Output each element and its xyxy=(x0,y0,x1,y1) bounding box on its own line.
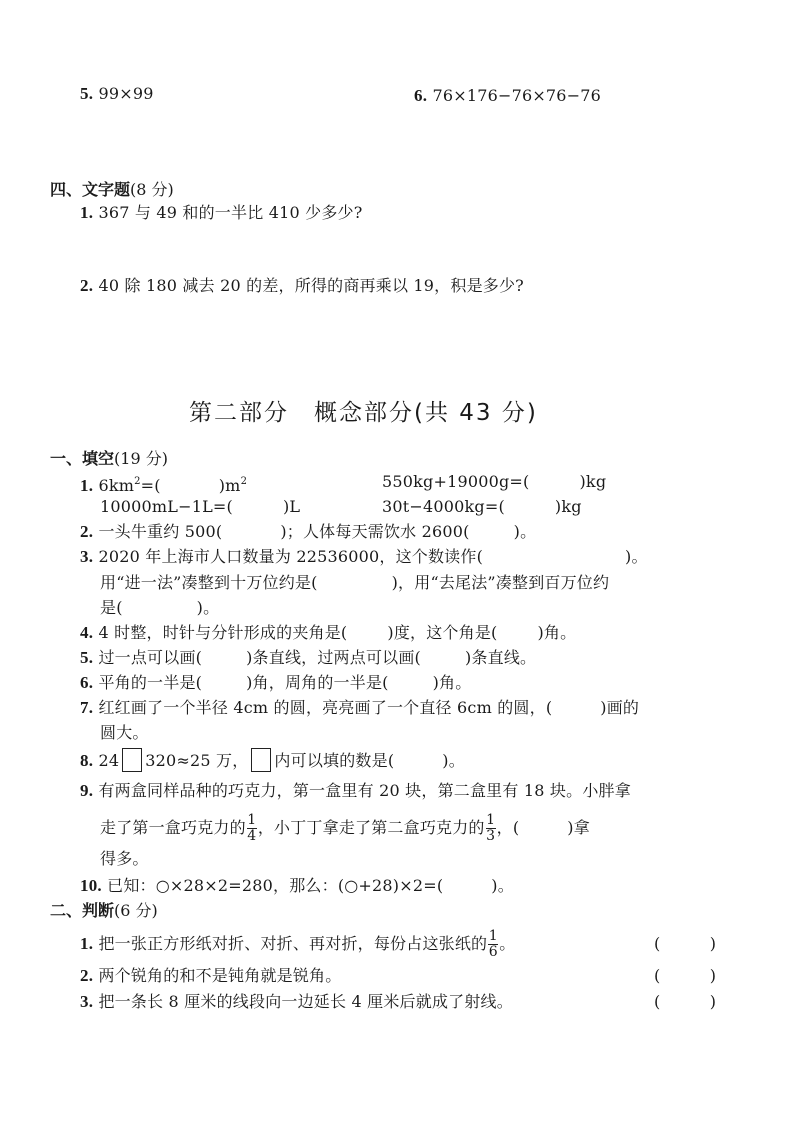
item-number: 1. xyxy=(80,203,93,222)
bracket-close: ) xyxy=(710,966,716,985)
judge-answer-1[interactable]: () xyxy=(654,934,716,953)
text: )角。 xyxy=(433,673,472,692)
calc-item-6: 6. 76×176−76×76−76 xyxy=(414,86,601,106)
item-number: 7. xyxy=(80,698,93,717)
numerator: 1 xyxy=(486,813,495,828)
text: 550kg+19000g=( xyxy=(382,472,529,491)
text: ，( xyxy=(497,818,520,837)
fill-q3-line3: 是()。 xyxy=(100,598,219,618)
judge-answer-3[interactable]: () xyxy=(654,992,716,1011)
question-text: 40 除 180 减去 20 的差，所得的商再乘以 19，积是多少? xyxy=(98,276,524,295)
item-number: 2. xyxy=(80,276,93,295)
text: )。 xyxy=(491,876,514,895)
text: )度，这个角是( xyxy=(387,623,497,642)
section-heading-fill-blank: 一、填空(19 分) xyxy=(50,446,168,469)
fraction-one-sixth: 16 xyxy=(488,929,498,960)
judge-item-1: 1. 把一张正方形纸对折、对折、再对折，每份占这张纸的16。 xyxy=(80,924,515,964)
fill-q9-line3: 得多。 xyxy=(100,849,149,869)
expression: 76×176−76×76−76 xyxy=(432,86,601,105)
bracket-open: ( xyxy=(654,992,660,1011)
text: )条直线，过两点可以画( xyxy=(246,648,421,667)
text: )画的 xyxy=(600,698,639,717)
statement-text: 两个锐角的和不是钝角就是锐角。 xyxy=(98,966,341,985)
fraction-one-quarter: 14 xyxy=(247,813,257,844)
fill-q3-line2: 用“进一法”凑整到十万位约是()，用“去尾法”凑整到百万位约 xyxy=(100,573,609,593)
item-number: 1. xyxy=(80,934,93,953)
bracket-open: ( xyxy=(654,966,660,985)
fill-q10: 10. 已知：○×28×2=280，那么：(○+28)×2=()。 xyxy=(80,876,514,896)
text: 过一点可以画( xyxy=(98,648,202,667)
text: )；人体每天需饮水 2600( xyxy=(280,522,469,541)
word-problem-2: 2. 40 除 180 减去 20 的差，所得的商再乘以 19，积是多少? xyxy=(80,276,524,296)
score-text: (19 分) xyxy=(114,449,168,468)
fill-q8: 8. 24320≈25 万，内可以填的数是()。 xyxy=(80,748,465,772)
item-number: 2. xyxy=(80,966,93,985)
fill-q6: 6. 平角的一半是()角，周角的一半是()角。 xyxy=(80,673,471,693)
item-number: 1. xyxy=(80,476,93,495)
text: 用“进一法”凑整到十万位约是( xyxy=(100,573,318,592)
text: )条直线。 xyxy=(465,648,536,667)
text: 已知：○×28×2=280，那么：(○+28)×2=( xyxy=(107,876,443,895)
expression: 99×99 xyxy=(98,84,153,103)
text: )拿 xyxy=(567,818,590,837)
fill-q7-line2: 圆大。 xyxy=(100,723,149,743)
item-number: 5. xyxy=(80,648,93,667)
fill-q2: 2. 一头牛重约 500()；人体每天需饮水 2600()。 xyxy=(80,522,536,542)
bracket-close: ) xyxy=(710,992,716,1011)
text: 320≈25 万， xyxy=(145,751,248,770)
denominator: 4 xyxy=(247,829,256,844)
text: 是( xyxy=(100,598,123,617)
denominator: 3 xyxy=(486,829,495,844)
score-text: (8 分) xyxy=(130,180,174,199)
text: )。 xyxy=(442,751,465,770)
text: 走了第一盒巧克力的 xyxy=(100,818,246,837)
text: 平角的一半是( xyxy=(98,673,202,692)
text: )kg xyxy=(579,472,606,491)
text: 红红画了一个半径 4cm 的圆，亮亮画了一个直径 6cm 的圆，( xyxy=(98,698,552,717)
digit-box-reference xyxy=(251,748,271,772)
text: 。 xyxy=(499,934,515,953)
judge-answer-2[interactable]: () xyxy=(654,966,716,985)
text: 24 xyxy=(98,751,119,770)
score-text: (6 分) xyxy=(114,901,158,920)
numerator: 1 xyxy=(489,929,498,944)
item-number: 6. xyxy=(80,673,93,692)
item-number: 4. xyxy=(80,623,93,642)
item-number: 3. xyxy=(80,992,93,1011)
fill-q1-row1-right: 550kg+19000g=()kg xyxy=(382,472,606,492)
text: =( xyxy=(141,476,161,495)
item-number: 2. xyxy=(80,522,93,541)
text: 30t−4000kg=( xyxy=(382,497,505,516)
text: 4 时整，时针与分针形成的夹角是( xyxy=(98,623,347,642)
item-number: 3. xyxy=(80,547,93,566)
fraction-one-third: 13 xyxy=(486,813,496,844)
part-two-title: 第二部分 概念部分(共 43 分) xyxy=(189,394,538,427)
fill-q3-line1: 3. 2020 年上海市人口数量为 22536000，这个数读作()。 xyxy=(80,547,648,567)
item-number: 5. xyxy=(80,84,93,103)
superscript: 2 xyxy=(241,476,248,487)
item-number: 9. xyxy=(80,781,93,800)
text: )角。 xyxy=(537,623,576,642)
fill-q9-line1: 9. 有两盒同样品种的巧克力，第一盒里有 20 块，第二盒里有 18 块。小胖拿 xyxy=(80,781,631,801)
judge-item-2: 2. 两个锐角的和不是钝角就是锐角。 xyxy=(80,966,341,986)
heading-text: 四、文字题 xyxy=(50,180,130,199)
fill-q1-row1-left: 1. 6km2=()m2 xyxy=(80,472,247,496)
heading-text: 一、填空 xyxy=(50,449,114,468)
text: )kg xyxy=(555,497,582,516)
text: )角，周角的一半是( xyxy=(246,673,389,692)
denominator: 6 xyxy=(489,945,498,960)
text: 2020 年上海市人口数量为 22536000，这个数读作( xyxy=(98,547,483,566)
text: 一头牛重约 500( xyxy=(98,522,222,541)
section-heading-judge: 二、判断(6 分) xyxy=(50,898,158,921)
item-number: 10. xyxy=(80,876,102,895)
statement-text: 把一张正方形纸对折、对折、再对折，每份占这张纸的 xyxy=(98,934,487,953)
fill-q7-line1: 7. 红红画了一个半径 4cm 的圆，亮亮画了一个直径 6cm 的圆，()画的 xyxy=(80,698,639,718)
digit-box[interactable] xyxy=(122,748,142,772)
text: )。 xyxy=(625,547,648,566)
text: )L xyxy=(283,497,300,516)
item-number: 6. xyxy=(414,86,427,105)
question-text: 367 与 49 和的一半比 410 少多少? xyxy=(98,203,362,222)
text: 有两盒同样品种的巧克力，第一盒里有 20 块，第二盒里有 18 块。小胖拿 xyxy=(98,781,630,800)
calc-item-5: 5. 99×99 xyxy=(80,84,154,104)
fill-q1-row2-left: 10000mL−1L=()L xyxy=(100,497,300,517)
text: 10000mL−1L=( xyxy=(100,497,233,516)
bracket-close: ) xyxy=(710,934,716,953)
bracket-open: ( xyxy=(654,934,660,953)
text: )。 xyxy=(514,522,537,541)
fill-q5: 5. 过一点可以画()条直线，过两点可以画()条直线。 xyxy=(80,648,536,668)
fill-q1-row2-right: 30t−4000kg=()kg xyxy=(382,497,582,517)
word-problem-1: 1. 367 与 49 和的一半比 410 少多少? xyxy=(80,203,363,223)
text: ，小丁丁拿走了第二盒巧克力的 xyxy=(258,818,485,837)
text: )。 xyxy=(197,598,220,617)
text: 6km xyxy=(98,476,134,495)
text: )，用“去尾法”凑整到百万位约 xyxy=(392,573,610,592)
item-number: 8. xyxy=(80,751,93,770)
statement-text: 把一条长 8 厘米的线段向一边延长 4 厘米后就成了射线。 xyxy=(98,992,513,1011)
numerator: 1 xyxy=(247,813,256,828)
section-heading-word-problems: 四、文字题(8 分) xyxy=(50,177,174,200)
judge-item-3: 3. 把一条长 8 厘米的线段向一边延长 4 厘米后就成了射线。 xyxy=(80,992,513,1012)
fill-q9-line2: 走了第一盒巧克力的14，小丁丁拿走了第二盒巧克力的13，()拿 xyxy=(100,808,590,848)
text: )m xyxy=(219,476,241,495)
heading-text: 二、判断 xyxy=(50,901,114,920)
fill-q4: 4. 4 时整，时针与分针形成的夹角是()度，这个角是()角。 xyxy=(80,623,576,643)
text: 内可以填的数是( xyxy=(274,751,394,770)
